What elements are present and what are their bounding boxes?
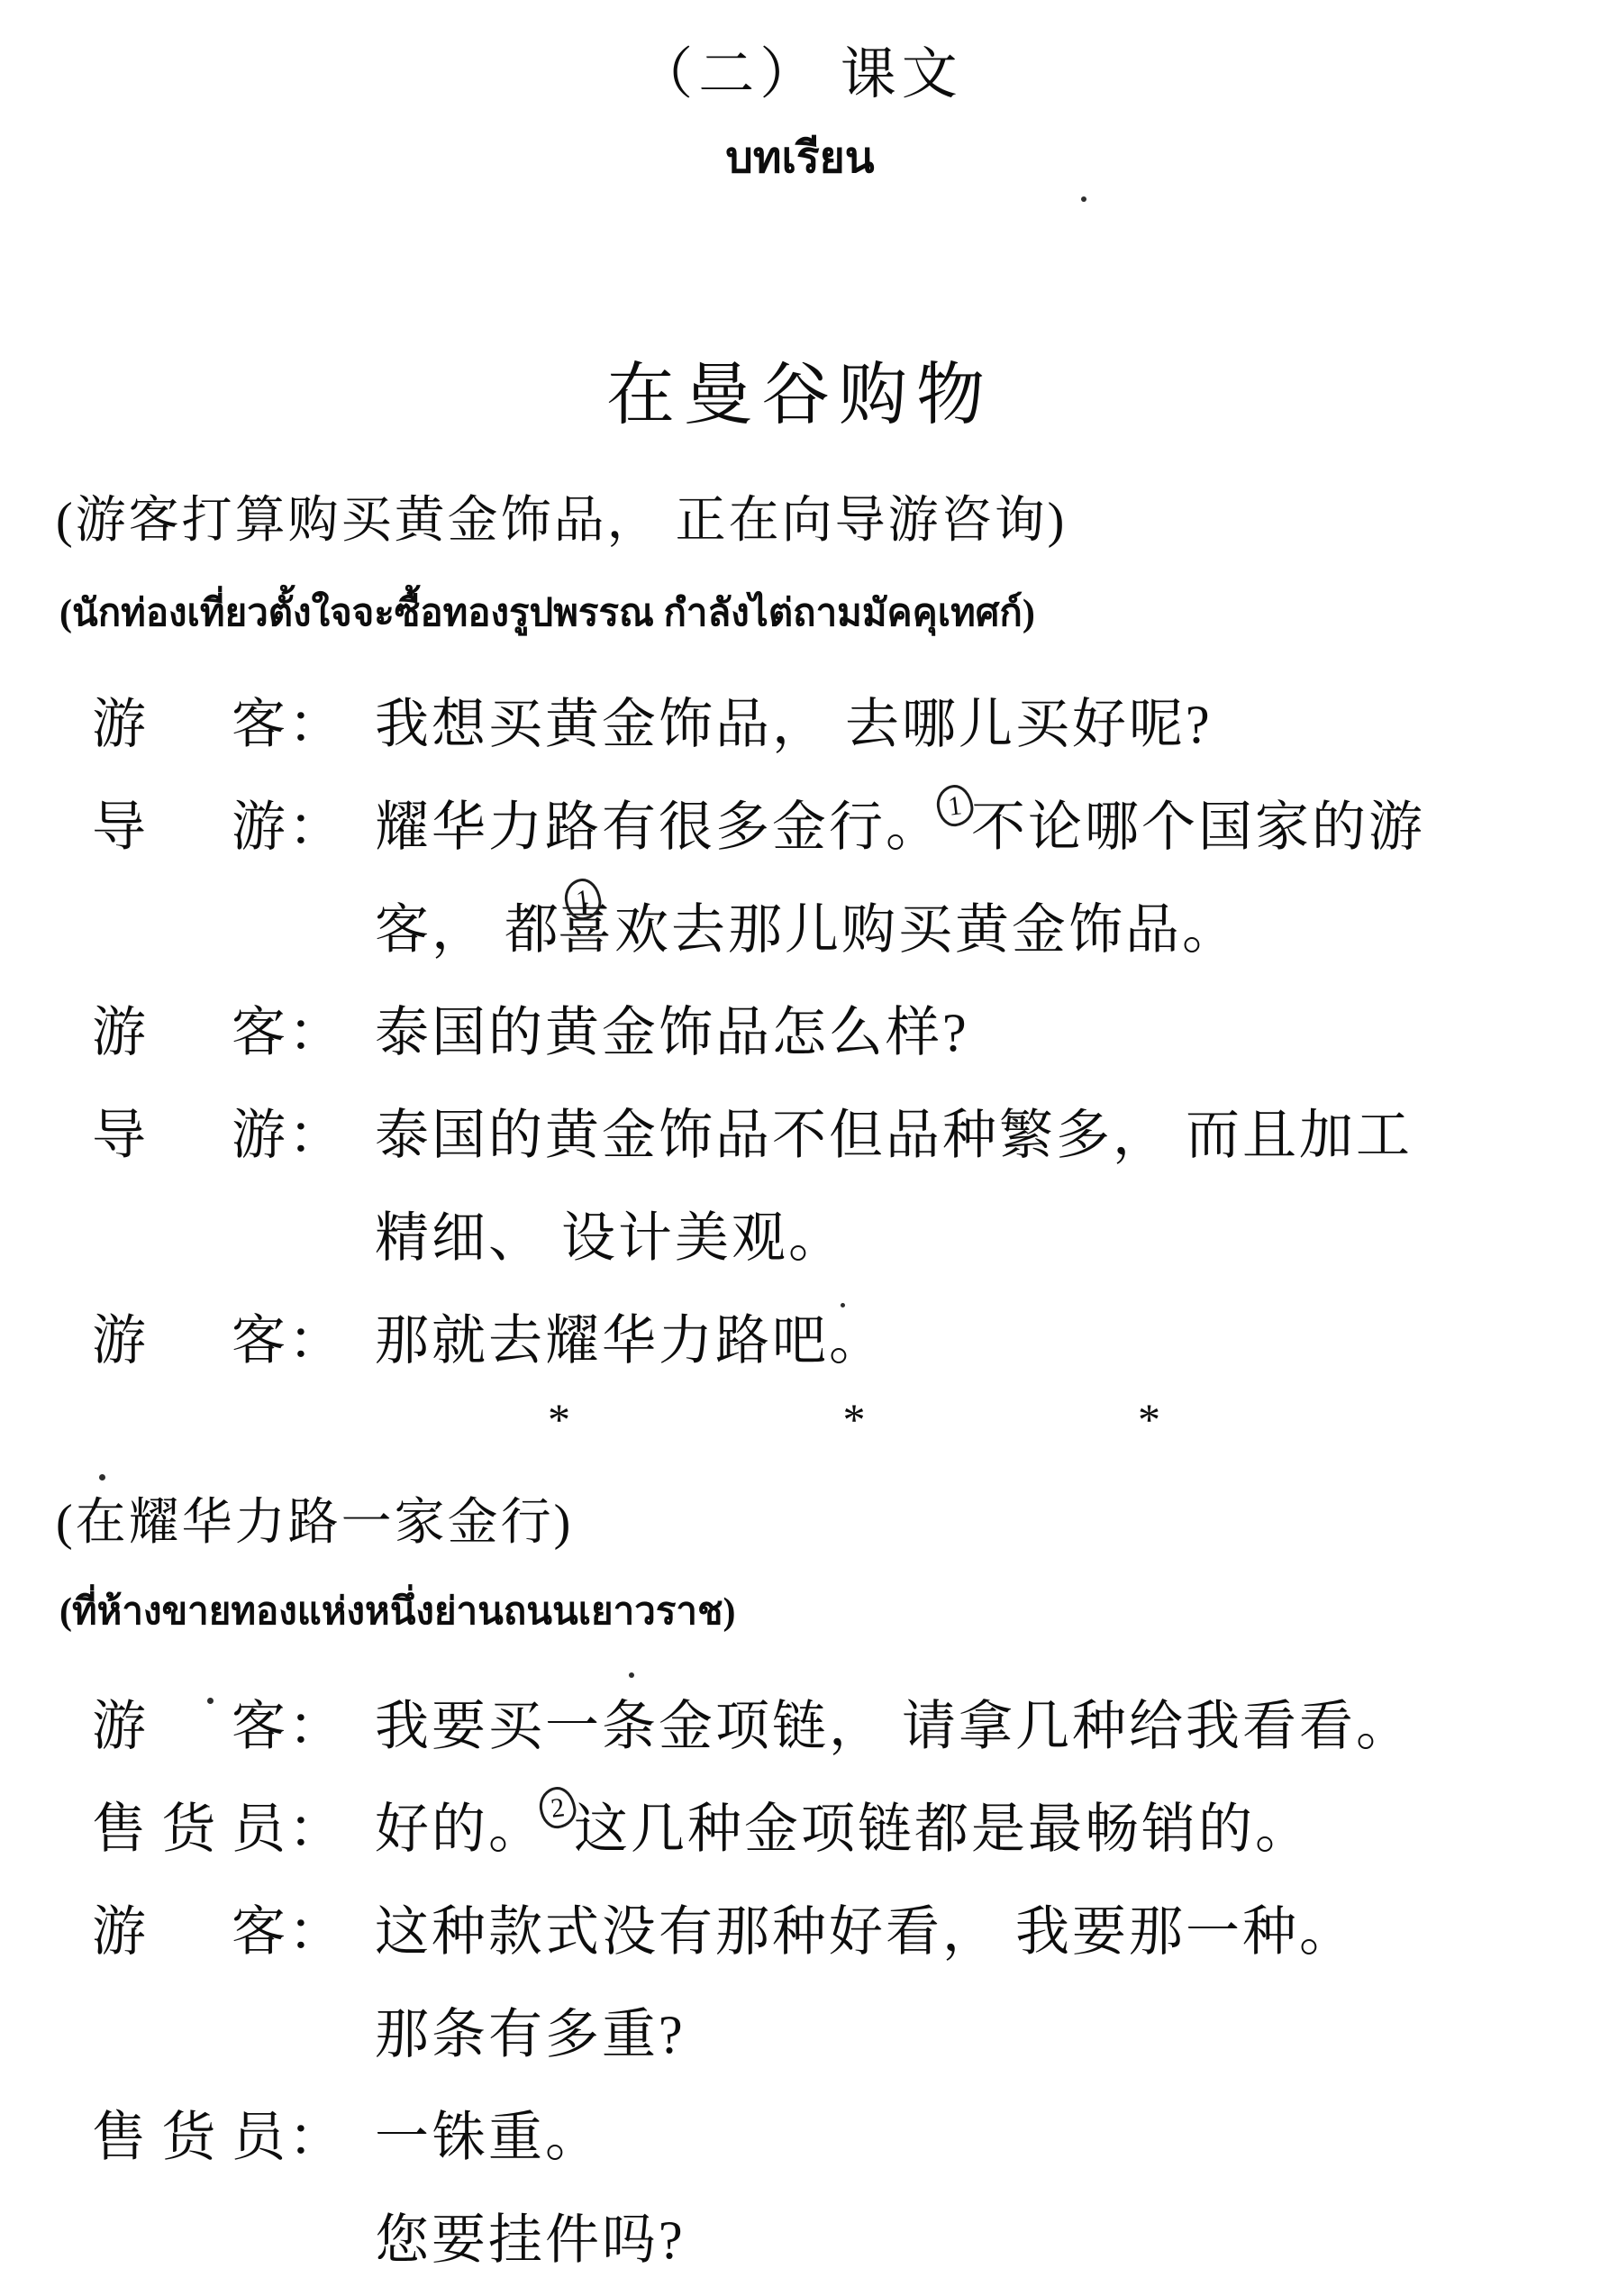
dialogue-text: 我想买黄金饰品， 去哪儿买好呢? <box>375 673 1600 776</box>
dialogue-row: 游客：那就去耀华力路吧。 <box>0 1289 1600 1392</box>
dialogue-text: 精细、 设计美观。 <box>375 1187 1600 1289</box>
speaker-colon: ： <box>288 1778 375 1881</box>
speaker-colon: ： <box>288 1881 375 1983</box>
scan-speck <box>207 1698 214 1704</box>
scan-speck <box>1081 196 1086 202</box>
dialogue-text: 您要挂件吗? <box>375 2189 1600 2291</box>
asterisk: * <box>1138 1392 1160 1446</box>
speaker-label: 售货员 <box>92 1778 288 1881</box>
speaker-label: 售货员 <box>92 2086 288 2189</box>
dialogue-scene-1: 游客：我想买黄金饰品， 去哪儿买好呢?导游：耀华力路有很多金行。1不论哪个国家的… <box>0 673 1600 1392</box>
speaker-colon: ： <box>288 1084 375 1187</box>
speaker-label: 游客 <box>92 1881 288 1983</box>
asterisk: * <box>548 1392 570 1446</box>
handwritten-footnote-mark: 2 <box>537 1785 577 1831</box>
dialogue-row: 售货员：一铢重。 <box>0 2086 1600 2189</box>
section-title: （二） 课文 <box>0 0 1600 107</box>
dialogue-row: 游客：我想买黄金饰品， 去哪儿买好呢? <box>0 673 1600 776</box>
speaker-label: 游客 <box>92 981 288 1084</box>
dialogue-text: 好的。2这几种金项链都是最畅销的。 <box>375 1778 1600 1881</box>
dialogue-text: 泰国的黄金饰品怎么样? <box>375 981 1600 1084</box>
section-subtitle-thai: บทเรียน <box>0 131 1600 187</box>
speaker-colon: ： <box>288 1289 375 1392</box>
stage-direction-zh-2: (在耀华力路一家金行) <box>56 1493 1564 1553</box>
dialogue-text: 客， 都1喜欢去那儿购买黄金饰品。 <box>375 879 1600 981</box>
speaker-colon: ： <box>288 2086 375 2189</box>
dialogue-row: 导游：泰国的黄金饰品不但品种繁多， 而且加工 <box>0 1084 1600 1187</box>
dialogue-text: 那条有多重? <box>375 1983 1600 2086</box>
dialogue-row: 精细、 设计美观。 <box>0 1187 1600 1289</box>
dialogue-text: 一铢重。 <box>375 2086 1600 2189</box>
scene-separator: * * * <box>548 1392 1160 1446</box>
stage-direction-th-1: (นักท่องเที่ยวตั้งใจจะซื้อทองรูปพรรณ กำล… <box>59 588 1564 641</box>
dialogue-row: 游客：我要买一条金项链， 请拿几种给我看看。 <box>0 1675 1600 1778</box>
dialogue-text: 耀华力路有很多金行。1不论哪个国家的游 <box>375 776 1600 879</box>
dialogue-row: 您要挂件吗? <box>0 2189 1600 2291</box>
dialogue-scene-2: 游客：我要买一条金项链， 请拿几种给我看看。售货员：好的。2这几种金项链都是最畅… <box>0 1675 1600 2291</box>
speaker-colon: ： <box>288 776 375 879</box>
dialogue-text: 泰国的黄金饰品不但品种繁多， 而且加工 <box>375 1084 1600 1187</box>
speaker-label: 游客 <box>92 1289 288 1392</box>
handwritten-footnote-mark: 1 <box>934 783 975 829</box>
dialogue-text: 那就去耀华力路吧。 <box>375 1289 1600 1392</box>
scan-speck <box>841 1303 845 1307</box>
dialogue-row: 导游：耀华力路有很多金行。1不论哪个国家的游 <box>0 776 1600 879</box>
handwritten-footnote-mark: 1 <box>562 877 603 923</box>
speaker-label: 导游 <box>92 1084 288 1187</box>
dialogue-row: 售货员：好的。2这几种金项链都是最畅销的。 <box>0 1778 1600 1881</box>
asterisk: * <box>843 1392 866 1446</box>
textbook-page: （二） 课文 บทเรียน 在曼谷购物 (游客打算购买黄金饰品， 正在向导游咨… <box>0 0 1600 2296</box>
scan-speck <box>99 1474 105 1481</box>
stage-direction-zh-1: (游客打算购买黄金饰品， 正在向导游咨询) <box>56 491 1564 551</box>
dialogue-text: 这种款式没有那种好看， 我要那一种。 <box>375 1881 1600 1983</box>
dialogue-row: 游客：这种款式没有那种好看， 我要那一种。 <box>0 1881 1600 1983</box>
dialogue-row: 那条有多重? <box>0 1983 1600 2086</box>
dialogue-row: 游客：泰国的黄金饰品怎么样? <box>0 981 1600 1084</box>
speaker-colon: ： <box>288 673 375 776</box>
lesson-title: 在曼谷购物 <box>0 359 1600 434</box>
speaker-colon: ： <box>288 1675 375 1778</box>
speaker-label: 导游 <box>92 776 288 879</box>
stage-direction-th-2: (ที่ห้างขายทองแห่งหนึ่งย่านถนนเยาวราช) <box>59 1586 1564 1639</box>
speaker-label: 游客 <box>92 1675 288 1778</box>
speaker-label: 游客 <box>92 673 288 776</box>
dialogue-text: 我要买一条金项链， 请拿几种给我看看。 <box>375 1675 1600 1778</box>
speaker-colon: ： <box>288 981 375 1084</box>
scan-speck <box>629 1672 634 1678</box>
dialogue-row: 客， 都1喜欢去那儿购买黄金饰品。 <box>0 879 1600 981</box>
